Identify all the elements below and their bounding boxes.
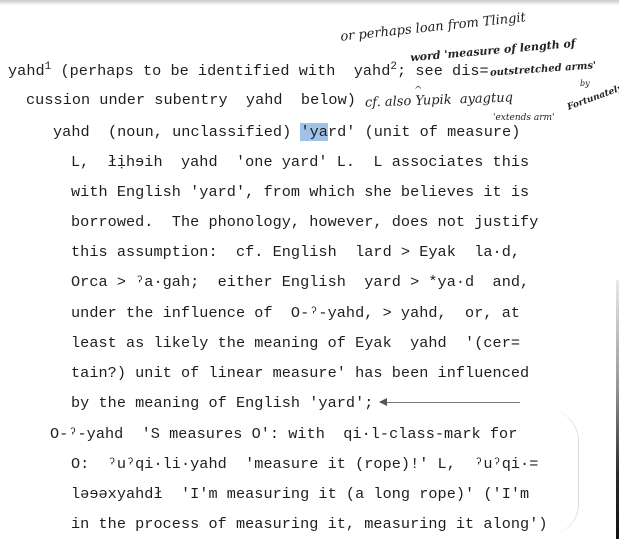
- body-line-16: in the process of measuring it, measurin…: [71, 514, 548, 534]
- handwritten-note-7: by: [580, 78, 590, 90]
- entry-line-1: yahd1 (perhaps to be identified with yah…: [8, 61, 489, 81]
- body-line-4: L, łịhɘih yahd 'one yard' L. L associat…: [71, 152, 529, 172]
- handwritten-note-5: 'extends arm': [493, 112, 555, 124]
- body-line-14: O: ˀuˀqi·li·yahd 'measure it (rope)!' L,…: [71, 454, 538, 474]
- body-line-8: Orca > ˀa·gah; either English yard > *ya…: [71, 272, 529, 292]
- handwritten-note-1: or perhaps loan from Tlingit: [340, 12, 526, 43]
- text-run: yahd (noun, unclassified): [53, 123, 300, 141]
- body-line-11: tain?) unit of linear measure' has been …: [71, 363, 529, 383]
- body-line-7: this assumption: cf. English lard > Eyak…: [71, 242, 520, 262]
- body-line-15: ləɘəxyahdł 'I'm measuring it (a long rop…: [71, 484, 529, 504]
- left-arrow-icon: [380, 402, 520, 404]
- handwritten-note-6: Fortunately: [566, 82, 619, 113]
- body-line-6: borrowed. The phonology, however, does n…: [71, 212, 538, 232]
- text-run: rd' (unit of measure): [328, 123, 520, 141]
- viewer-top-bar: [0, 0, 619, 6]
- insertion-caret-icon: ^: [414, 85, 422, 96]
- entry-headword: yahd: [8, 62, 45, 80]
- text-run: (perhaps to be identified with yahd: [51, 62, 390, 80]
- body-line-9: under the influence of O-ˀ-yahd, > yahd,…: [71, 303, 520, 323]
- body-line-10: least as likely the meaning of Eyak yahd…: [71, 333, 520, 353]
- text-selection-highlight[interactable]: 'ya: [300, 123, 328, 141]
- text-run: ; see dis=: [397, 62, 489, 80]
- handwritten-note-3: outstretched arms': [490, 60, 597, 79]
- body-line-5: with English 'yard', from which she beli…: [71, 182, 529, 202]
- handwritten-note-2: word 'measure of length of: [410, 38, 576, 64]
- page-curl-mark: [548, 410, 579, 535]
- subentry-line: yahd (noun, unclassified) 'yard' (unit o…: [53, 122, 520, 142]
- subentry-line-13: O-ˀ-yahd 'S measures O': with qi·l-class…: [50, 424, 517, 444]
- handwritten-note-4: cf. also Yupik ayagtuq: [365, 92, 513, 109]
- entry-line-2: cussion under subentry yahd below): [26, 90, 356, 110]
- body-line-12: by the meaning of English 'yard';: [71, 393, 373, 413]
